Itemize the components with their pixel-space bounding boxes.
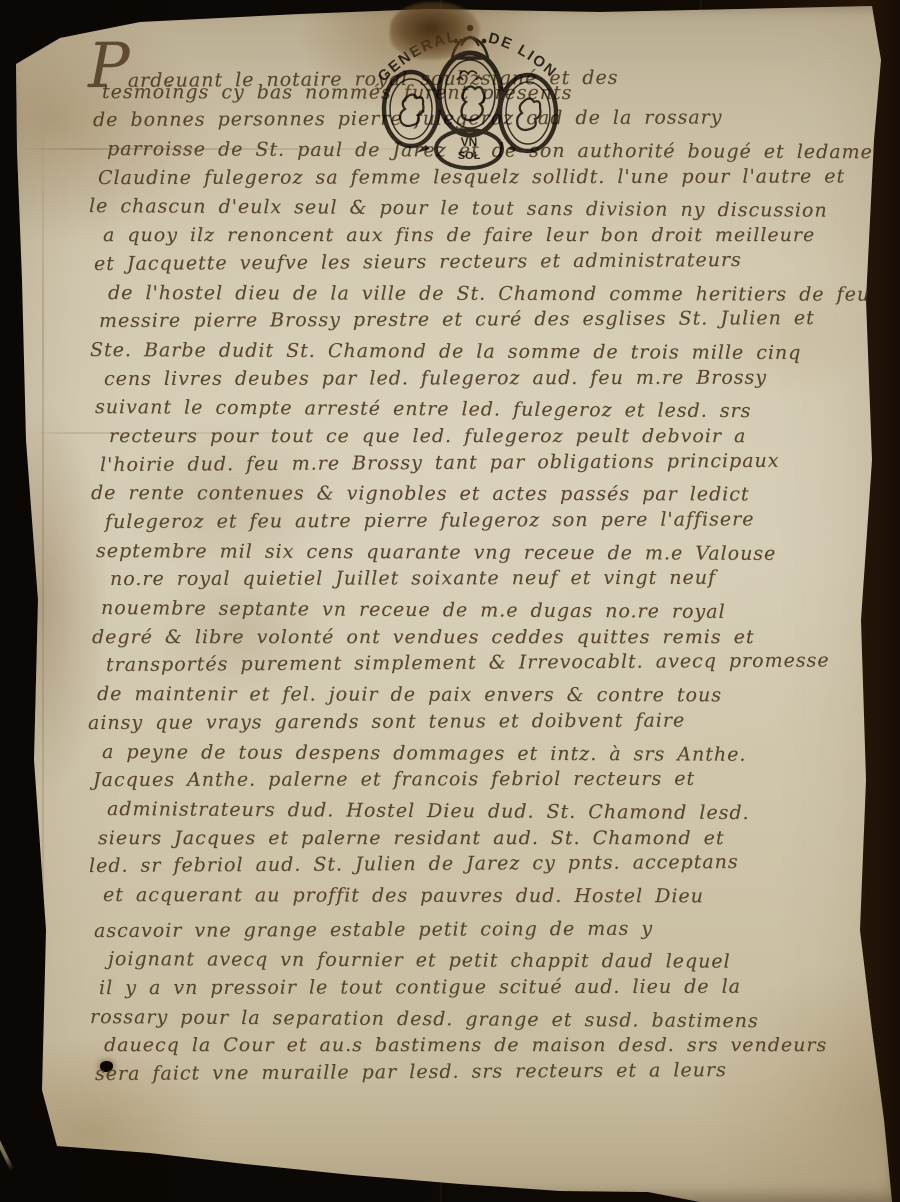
- manuscript-text: Pardeuant le notaire royal soubzsigné et…: [88, 50, 878, 1092]
- manuscript-line: transportés purement simplement & Irrevo…: [106, 650, 878, 684]
- manuscript-line: messire pierre Brossy prestre et curé de…: [99, 307, 878, 339]
- lion-medallion-icon: [500, 75, 556, 151]
- lion-shield-icon: [439, 53, 501, 135]
- manuscript-line: ascavoir vne grange estable petit coing …: [94, 916, 878, 948]
- manuscript-line: l'hoirie dud. feu m.re Brossy tant par o…: [100, 449, 878, 483]
- manuscript-line: ainsy que vrays garends sont tenus et do…: [88, 709, 878, 741]
- stamp-value-text: SOL: [458, 150, 481, 162]
- lion-medallion-icon: [384, 72, 438, 146]
- stamp-value-text: VN: [461, 135, 478, 149]
- manuscript-line: no.re royal quietiel Juillet soixante ne…: [110, 567, 878, 597]
- manuscript-line: led. sr febriol aud. St. Julien de Jarez…: [89, 850, 878, 884]
- second-sheet-edge: [0, 1128, 14, 1171]
- photo-background: Pardeuant le notaire royal soubzsigné et…: [0, 0, 900, 1202]
- manuscript-line: et acquerant au proffit des pauvres dud.…: [103, 884, 878, 914]
- manuscript-line: Jacques Anthe. palerne et francois febri…: [93, 768, 878, 798]
- manuscript-line: il y a vn pressoir le tout contigue scit…: [99, 975, 878, 1005]
- manuscript-line: et Jacquette veufve les sieurs recteurs …: [94, 248, 878, 282]
- crease-line: [42, 120, 44, 1100]
- manuscript-line: cens livres deubes par led. fulegeroz au…: [104, 366, 878, 396]
- manuscript-line: fulegeroz et feu autre pierre fulegeroz …: [105, 508, 878, 540]
- manuscript-line: sera faict vne muraille par lesd. srs re…: [95, 1058, 878, 1092]
